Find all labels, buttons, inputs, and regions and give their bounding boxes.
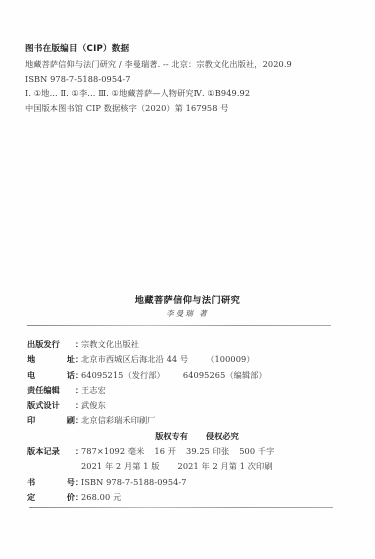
phone-row: 电话 ： 64095215（发行部）64095265（编辑部）	[27, 368, 347, 383]
editor-row: 责任编辑 ： 王志宏	[27, 383, 347, 398]
edition-dates: 2021 年 2 月第 1 版2021 年 2 月第 1 次印刷	[81, 459, 273, 474]
cip-line-classification: Ⅰ. ①地… Ⅱ. ①李… Ⅲ. ①地藏菩萨—人物研究Ⅳ. ①B949.92	[25, 86, 365, 101]
address-label: 地址	[27, 352, 75, 367]
divider-bottom	[29, 507, 333, 508]
price-row: 定价 ： 268.00 元	[27, 490, 347, 505]
designer-value: 武俊东	[81, 398, 106, 413]
printer-value: 北京信彩瑞禾印刷厂	[81, 413, 156, 428]
edition-label: 版本记录	[27, 444, 75, 459]
cip-line-isbn: ISBN 978-7-5188-0954-7	[25, 72, 365, 87]
phone-issue: 64095215（发行部）	[81, 370, 165, 380]
phone-label: 电话	[27, 368, 75, 383]
book-title: 地藏菩萨信仰与法门研究	[0, 292, 375, 306]
printer-label: 印刷	[27, 413, 75, 428]
price-value: 268.00 元	[81, 490, 121, 505]
cip-line-record-number: 中国版本图书馆 CIP 数据核字（2020）第 167958 号	[25, 101, 365, 116]
editor-label: 责任编辑	[27, 383, 75, 398]
divider-top	[27, 325, 331, 326]
postcode: （100009）	[206, 354, 254, 364]
edition-specs: 787×1092 毫米16 开39.25 印张500 千字	[81, 444, 274, 459]
edition-dates-row: 2021 年 2 月第 1 版2021 年 2 月第 1 次印刷	[27, 459, 347, 474]
publication-info: 出版发行 ： 宗教文化出版社 地址 ： 北京市西城区后海北沿 44 号（1000…	[27, 337, 347, 505]
printer-row: 印刷 ： 北京信彩瑞禾印刷厂	[27, 413, 347, 428]
designer-row: 版式设计 ： 武俊东	[27, 398, 347, 413]
price-label: 定价	[27, 490, 75, 505]
edition-row: 版本记录 ： 787×1092 毫米16 开39.25 印张500 千字	[27, 444, 347, 459]
phone-value: 64095215（发行部）64095265（编辑部）	[81, 368, 267, 383]
cip-line-bibliographic: 地藏菩萨信仰与法门研究 / 李曼瑞著. -- 北京：宗教文化出版社，2020.9	[25, 57, 365, 72]
address-value: 北京市西城区后海北沿 44 号（100009）	[81, 352, 255, 367]
isbn-value: ISBN 978-7-5188-0954-7	[81, 475, 187, 490]
publisher-label: 出版发行	[27, 337, 75, 352]
editor-value: 王志宏	[81, 383, 106, 398]
cip-title: 图书在版编目（CIP）数据	[25, 42, 365, 57]
book-author: 李曼瑞 著	[0, 308, 375, 319]
copyright-page: 图书在版编目（CIP）数据 地藏菩萨信仰与法门研究 / 李曼瑞著. -- 北京：…	[0, 0, 375, 559]
designer-label: 版式设计	[27, 398, 75, 413]
address-row: 地址 ： 北京市西城区后海北沿 44 号（100009）	[27, 352, 347, 367]
isbn-label: 书号	[27, 475, 75, 490]
phone-editorial: 64095265（编辑部）	[183, 370, 267, 380]
copyright-notice: 版权专有侵权必究	[27, 429, 327, 444]
publisher-value: 宗教文化出版社	[81, 337, 139, 352]
publisher-row: 出版发行 ： 宗教文化出版社	[27, 337, 347, 352]
isbn-row: 书号 ： ISBN 978-7-5188-0954-7	[27, 475, 347, 490]
cip-block: 图书在版编目（CIP）数据 地藏菩萨信仰与法门研究 / 李曼瑞著. -- 北京：…	[25, 42, 365, 115]
